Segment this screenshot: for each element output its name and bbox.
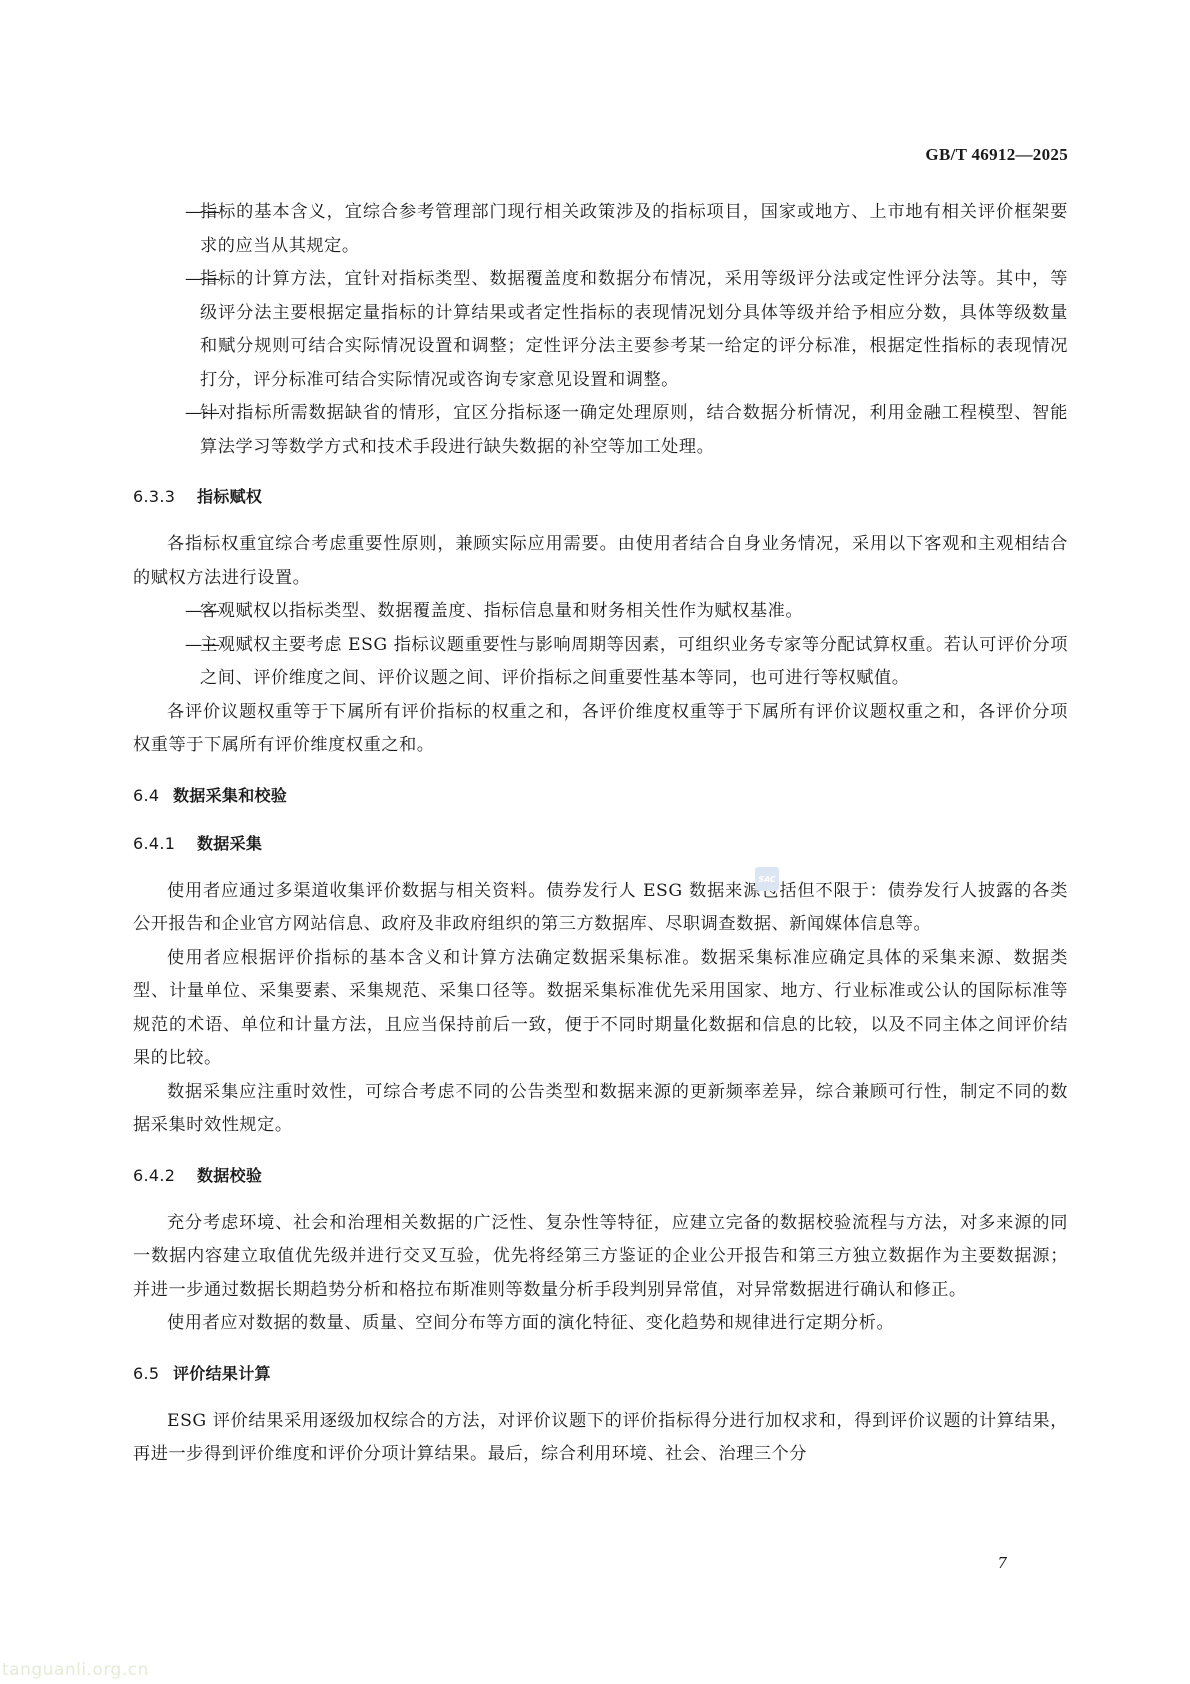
paragraph: 充分考虑环境、社会和治理相关数据的广泛性、复杂性等特征，应建立完备的数据校验流程… <box>133 1207 1068 1308</box>
paragraph: 各指标权重宜综合考虑重要性原则，兼顾实际应用需要。由使用者结合自身业务情况，采用… <box>133 528 1068 595</box>
section-heading-6-5: 6.5评价结果计算 <box>133 1359 1068 1389</box>
page-content: ——指标的基本含义，宜综合参考管理部门现行相关政策涉及的指标项目，国家或地方、上… <box>133 196 1068 1472</box>
page-number: 7 <box>997 1554 1007 1572</box>
paragraph: 使用者应通过多渠道收集评价数据与相关资料。债券发行人 ESG 数据来源包括但不限… <box>133 875 1068 942</box>
sac-logo-icon: SAC <box>755 867 779 891</box>
paragraph: 使用者应根据评价指标的基本含义和计算方法确定数据采集标准。数据采集标准应确定具体… <box>133 942 1068 1076</box>
dash-mark: —— <box>185 196 220 230</box>
dash-item: ——指标的基本含义，宜综合参考管理部门现行相关政策涉及的指标项目，国家或地方、上… <box>133 196 1068 263</box>
section-heading-6-4-1: 6.4.1数据采集 <box>133 829 1068 859</box>
section-heading-6-4: 6.4数据采集和校验 <box>133 781 1068 811</box>
paragraph: ESG 评价结果采用逐级加权综合的方法，对评价议题下的评价指标得分进行加权求和，… <box>133 1405 1068 1472</box>
paragraph: 各评价议题权重等于下属所有评价指标的权重之和，各评价维度权重等于下属所有评价议题… <box>133 696 1068 763</box>
paragraph: 使用者应对数据的数量、质量、空间分布等方面的演化特征、变化趋势和规律进行定期分析… <box>133 1307 1068 1341</box>
dash-mark: —— <box>185 595 220 629</box>
dash-item: ——指标的计算方法，宜针对指标类型、数据覆盖度和数据分布情况，采用等级评分法或定… <box>133 263 1068 397</box>
standard-code: GB/T 46912—2025 <box>925 145 1068 165</box>
dash-item: ——客观赋权以指标类型、数据覆盖度、指标信息量和财务相关性作为赋权基准。 <box>133 595 1068 629</box>
paragraph: 数据采集应注重时效性，可综合考虑不同的公告类型和数据来源的更新频率差异，综合兼顾… <box>133 1076 1068 1143</box>
dash-mark: —— <box>185 397 220 431</box>
watermark: tanguanli.org.cn <box>2 1660 149 1680</box>
dash-mark: —— <box>185 263 220 297</box>
document-page: GB/T 46912—2025 ——指标的基本含义，宜综合参考管理部门现行相关政… <box>0 0 1190 1684</box>
dash-item: ——主观赋权主要考虑 ESG 指标议题重要性与影响周期等因素，可组织业务专家等分… <box>133 629 1068 696</box>
section-heading-6-4-2: 6.4.2数据校验 <box>133 1161 1068 1191</box>
dash-mark: —— <box>185 629 220 663</box>
dash-item: ——针对指标所需数据缺省的情形，宜区分指标逐一确定处理原则，结合数据分析情况，利… <box>133 397 1068 464</box>
section-heading-6-3-3: 6.3.3指标赋权 <box>133 482 1068 512</box>
